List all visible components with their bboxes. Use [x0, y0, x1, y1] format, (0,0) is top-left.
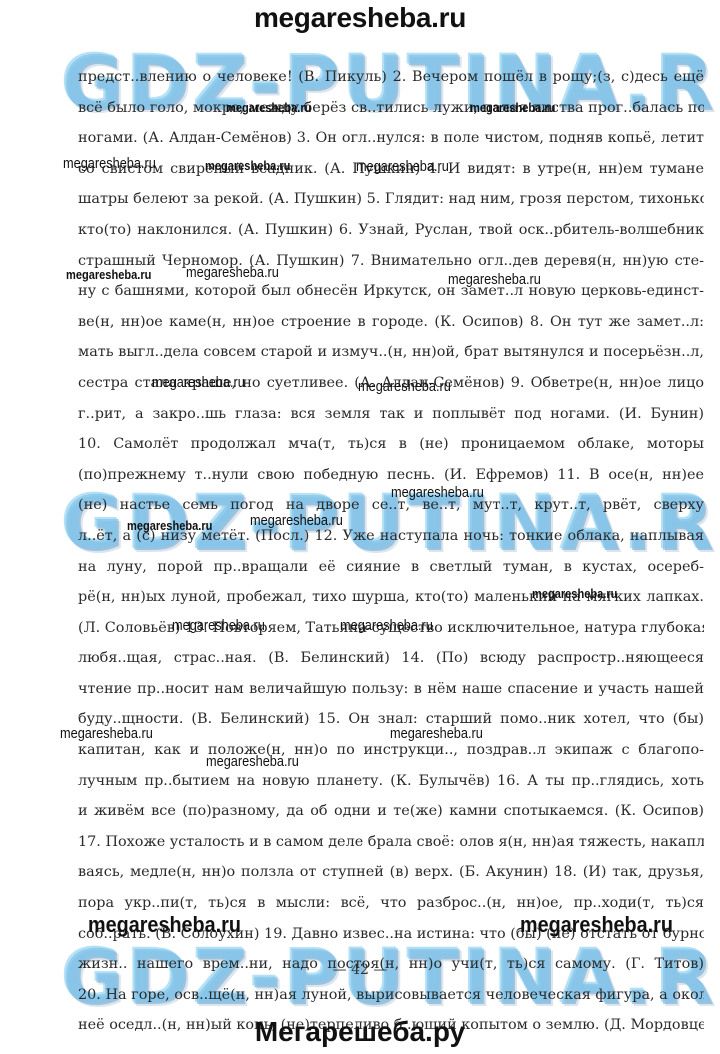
small-watermark: megaresheba.ru: [152, 374, 245, 391]
text-line: ве(н, нн)ое каме(н, нн)ое строение в гор…: [78, 307, 704, 338]
small-watermark: megaresheba.ru: [391, 484, 484, 501]
small-watermark: megaresheba.ru: [127, 518, 212, 533]
text-line: ваясь, медле(н, нн)о ползла от ступней (…: [78, 857, 704, 888]
small-watermark: megaresheba.ru: [66, 267, 151, 282]
text-line: кто(то) наклонился. (А. Пушкин) 6. Узнай…: [78, 215, 704, 246]
small-watermark: megaresheba.ru: [172, 617, 265, 634]
small-watermark: megaresheba.ru: [532, 586, 617, 601]
text-line: 20. На горе, осв..щё(н, нн)ая луной, выр…: [78, 980, 704, 1011]
text-line: шатры белеют за рекой. (А. Пушкин) 5. Гл…: [78, 184, 704, 215]
text-line: и живём все (по)разному, да об одни и те…: [78, 796, 704, 827]
text-line: ну с башнями, которой был обнесён Иркутс…: [78, 276, 704, 307]
text-line: чтение пр..носит нам величайшую пользу: …: [78, 674, 704, 705]
text-line: на луну, порой пр..вращали её сияние в с…: [78, 552, 704, 583]
text-line: предст..влению о человеке! (В. Пикуль) 2…: [78, 62, 704, 93]
text-line: мать выгл..дела совсем старой и измуч..(…: [78, 337, 704, 368]
exercise-text: предст..влению о человеке! (В. Пикуль) 2…: [78, 62, 704, 1041]
small-watermark: megaresheba.ru: [470, 100, 555, 115]
small-watermark: megaresheba.ru: [390, 725, 483, 742]
small-watermark: megaresheba.ru: [226, 100, 311, 115]
text-line: 17. Похоже усталость и в самом деле брал…: [78, 827, 704, 858]
small-watermark: megaresheba.ru: [250, 512, 343, 529]
text-line: 10. Самолёт продолжал мча(т, ть)ся в (не…: [78, 429, 704, 460]
text-line: лучным пр..бытием на новую планету. (К. …: [78, 766, 704, 797]
small-watermark: megaresheba.ru: [448, 271, 541, 288]
small-watermark: megaresheba.ru: [205, 158, 290, 173]
text-line: всё было голо, мокро, между берёз св..ти…: [78, 93, 704, 124]
small-watermark: megaresheba.ru: [340, 617, 433, 634]
site-footer[interactable]: Мегарешеба.ру: [0, 1016, 720, 1048]
small-watermark: megaresheba.ru: [206, 753, 299, 770]
text-line: ногами. (А. Алдан-Семёнов) 3. Он огл..ну…: [78, 123, 704, 154]
text-line: любя..щая, страс..ная. (В. Белинский) 14…: [78, 643, 704, 674]
small-watermark: megaresheba.ru: [356, 158, 449, 175]
site-header[interactable]: megaresheba.ru: [0, 2, 720, 34]
page-number: — 42 —: [0, 962, 720, 978]
watermark-bottom-right: megaresheba.ru: [520, 912, 673, 938]
watermark-bottom-left: megaresheba.ru: [88, 912, 241, 938]
text-line: страшный Черномор. (А. Пушкин) 7. Внимат…: [78, 246, 704, 277]
small-watermark: megaresheba.ru: [63, 155, 156, 172]
small-watermark: megaresheba.ru: [60, 725, 153, 742]
small-watermark: megaresheba.ru: [358, 378, 451, 395]
small-watermark: megaresheba.ru: [186, 264, 279, 281]
text-line: г..рит, а закро..шь глаза: вся земля так…: [78, 399, 704, 430]
